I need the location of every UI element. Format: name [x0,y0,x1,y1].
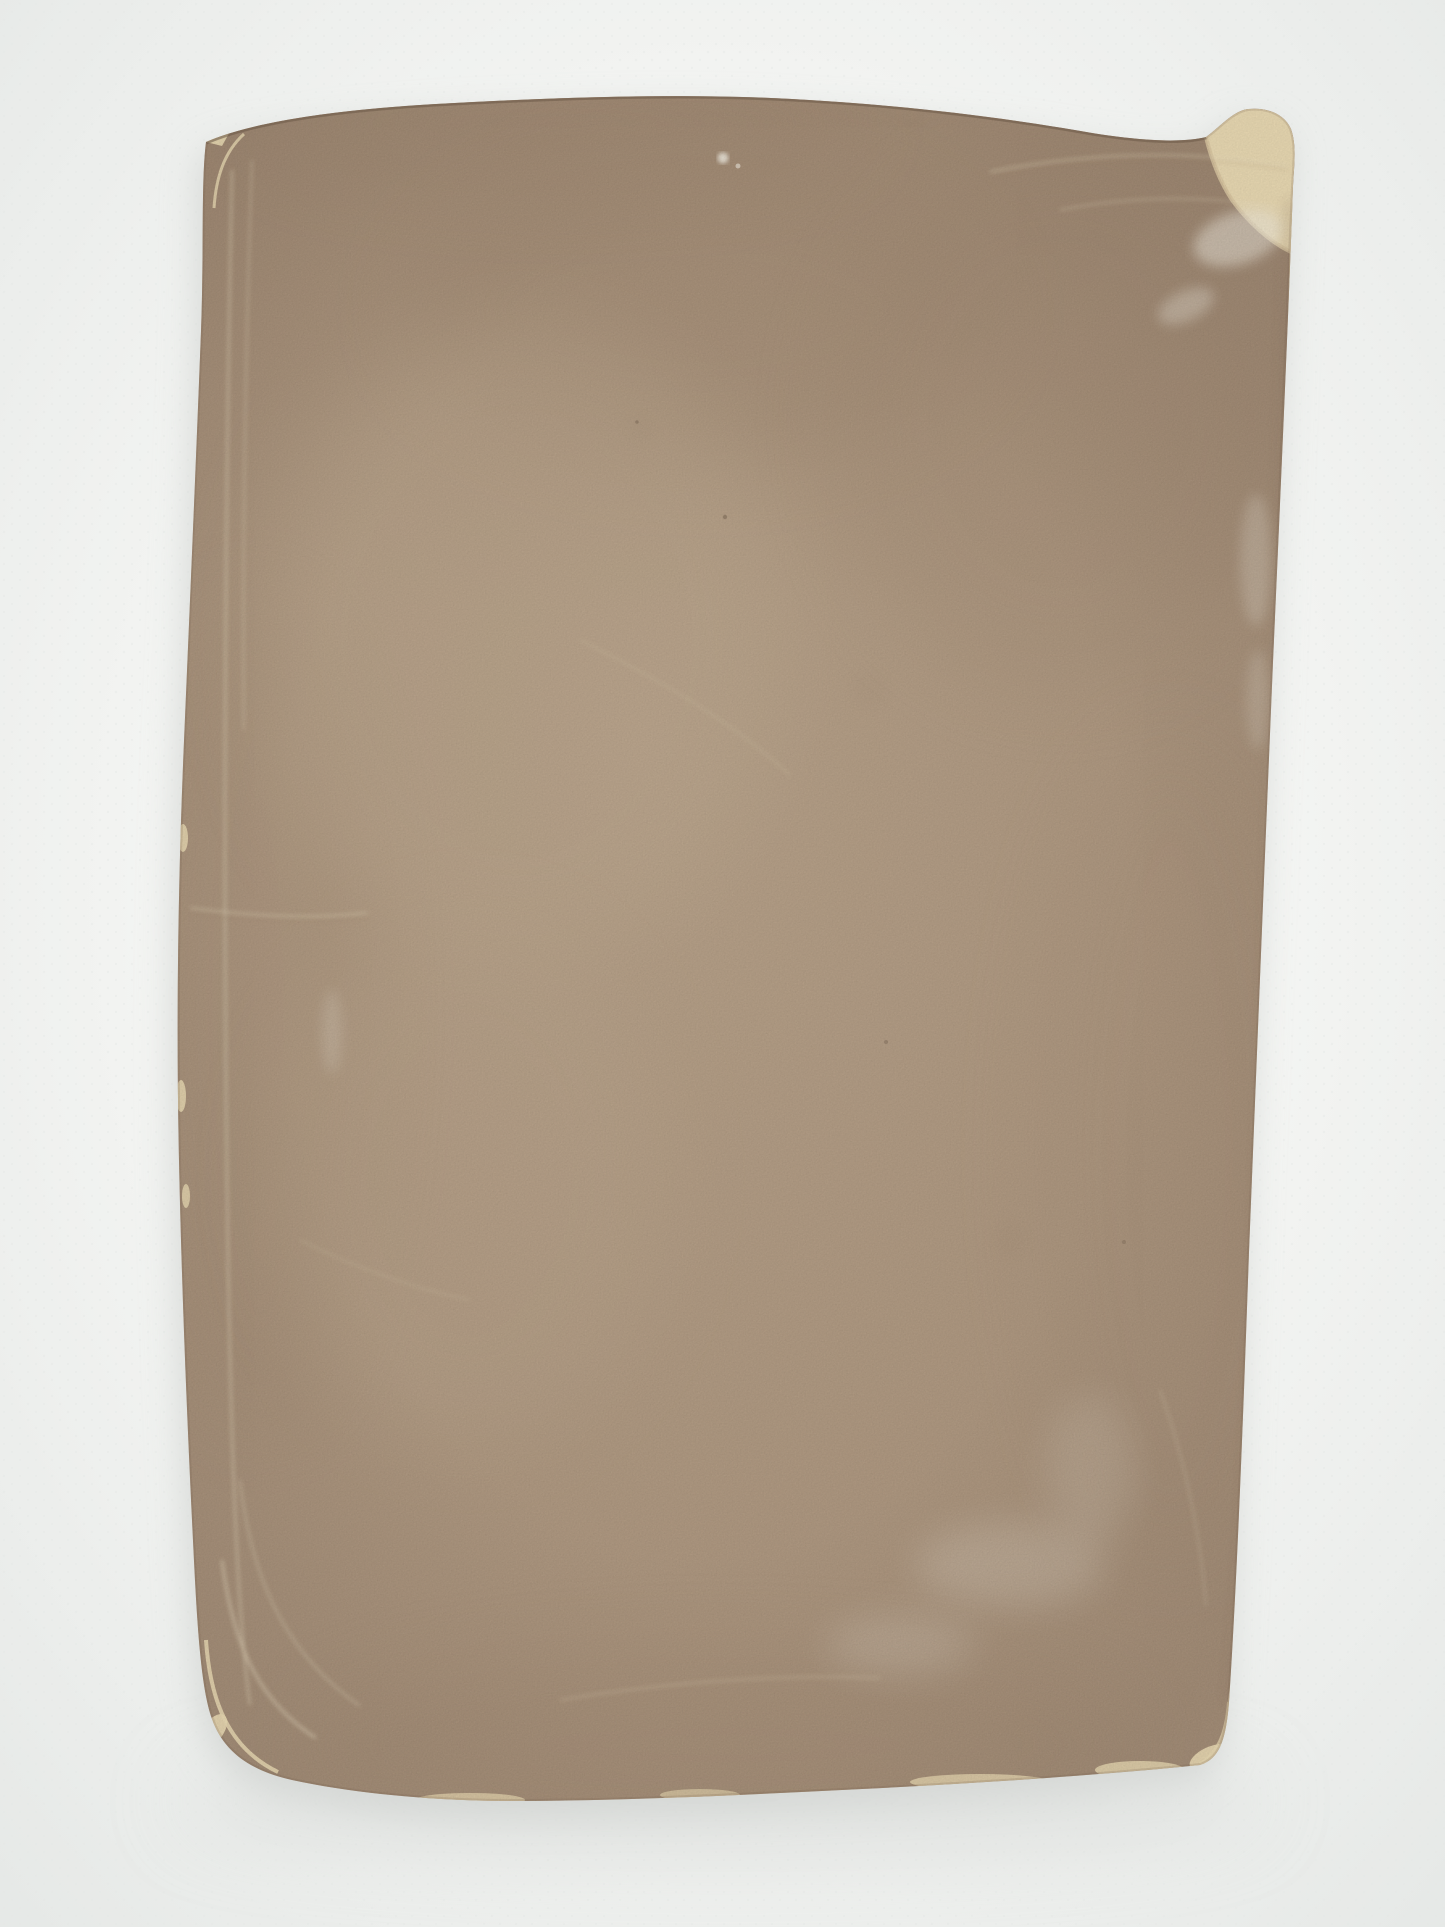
book-cover [140,65,1310,1840]
cover-surface [140,65,1310,1840]
paper-grain-light [150,85,1300,1810]
book-cover-illustration [0,0,1445,1927]
photograph [0,0,1445,1927]
